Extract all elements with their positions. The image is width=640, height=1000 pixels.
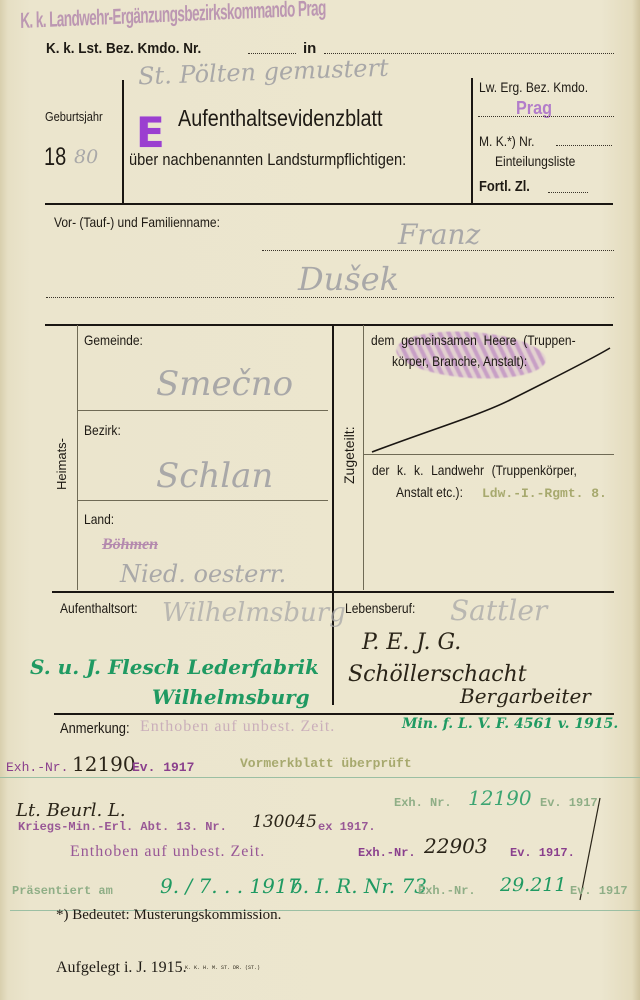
residence-bottom-rule (52, 591, 614, 593)
mk-field (556, 145, 612, 146)
mk-label: M. K.*) Nr. (479, 133, 535, 149)
beruf-ink-line-3: Bergarbeiter (460, 684, 591, 708)
praesentiert-unit: b. I. R. Nr. 73 (290, 874, 427, 898)
residence-top-rule (45, 324, 613, 326)
praesentiert-date: 9. / 7. . . 1917 (160, 874, 300, 898)
gemeinde-label: Gemeinde: (84, 332, 143, 348)
aufenthalt-green-line-1: S. u. J. Flesch Lederfabrik (30, 655, 319, 679)
beruf-ink-line-1: P. E. J. G. (362, 630, 461, 655)
exh-2-number: 12190 (468, 786, 532, 810)
praesentiert-prefix: Präsentiert am (12, 884, 113, 898)
zugeteilt-side-label: Zugeteilt: (341, 426, 357, 484)
aufenthalt-label: Aufenthaltsort: (60, 600, 138, 616)
fortl-label: Fortl. Zl. (479, 178, 530, 195)
bezirk-rule (78, 500, 328, 501)
command-in-label: in (303, 40, 316, 57)
green-separator-1 (0, 777, 640, 778)
land-value: Nied. oesterr. (120, 560, 286, 588)
exh-1-number: 12190 (72, 752, 136, 776)
first-name-field (262, 250, 614, 251)
landwehr-label-line-1: der k. k. Landwehr (Truppenkörper, (372, 462, 577, 478)
anmerkung-faint-stamp: Enthoben auf unbest. Zeit. (140, 718, 335, 736)
header-divider-left (122, 80, 124, 204)
exh-4-prefix: Exh.-Nr. (418, 884, 476, 898)
beruf-label: Lebensberuf: (345, 600, 415, 616)
lw-label: Lw. Erg. Bez. Kmdo. (479, 79, 588, 95)
heimat-inner-divider (77, 325, 78, 590)
handnote: Lt. Beurl. L. (16, 800, 126, 821)
kriegs-suffix: ex 1917. (318, 820, 376, 834)
heimat-side-label: Heimats- (54, 438, 69, 490)
heere-strike-line (360, 340, 620, 460)
command-number-field (248, 53, 296, 54)
landwehr-label-line-2: Anstalt etc.): (396, 484, 463, 500)
form-title: Aufenthaltsevidenzblatt (178, 105, 383, 132)
einteilung-label: Einteilungsliste (495, 153, 575, 169)
last-name-field (46, 297, 614, 298)
exh-1-prefix: Exh.-Nr. (6, 760, 68, 775)
gemeinde-rule (78, 410, 328, 411)
aufenthalt-pencil-value: Wilhelmsburg (162, 598, 346, 628)
last-name-value: Dušek (298, 260, 399, 298)
e-stamp: E (136, 115, 166, 151)
land-label: Land: (84, 511, 114, 527)
exh-4-ev: Ev. 1917 (570, 884, 628, 898)
beruf-pencil-value: Sattler (450, 594, 547, 627)
form-subtitle: über nachbenannten Landsturmpflichtigen: (129, 150, 406, 170)
header-bottom-rule (45, 203, 613, 205)
exh-3-number: 22903 (424, 834, 488, 858)
lw-field (478, 116, 614, 117)
land-struck-stamp: Böhmen (102, 536, 158, 554)
exh-3-prefix: Exh.-Nr. (358, 846, 416, 860)
footnote: *) Bedeutet: Musterungskommission. (56, 907, 281, 924)
bezirk-label: Bezirk: (84, 422, 121, 438)
kriegs-stamp-prefix: Kriegs-Min.-Erl. Abt. 13. Nr. (18, 820, 227, 834)
kriegs-number: 130045 (252, 812, 317, 832)
birth-year-handwritten: 80 (74, 146, 98, 168)
gemeinde-value: Smečno (156, 364, 293, 404)
vormerk-stamp: Vormerkblatt überprüft (240, 756, 412, 771)
bezirk-value: Schlan (156, 456, 273, 496)
first-name-value: Franz (398, 218, 480, 251)
printer-mark: K. K. H. M. ST. DR. (ST.) (185, 965, 260, 971)
enthoben-stamp: Enthoben auf unbest. Zeit. (70, 843, 265, 861)
birth-year-label: Geburtsjahr (45, 109, 103, 124)
anmerkung-green-note: Min. f. L. V. F. 4561 v. 1915. (402, 716, 618, 732)
command-line-label: K. k. Lst. Bez. Kmdo. Nr. (46, 40, 201, 57)
aufenthalt-green-line-2: Wilhelmsburg (152, 685, 310, 709)
name-label: Vor- (Tauf-) und Familienname: (54, 214, 220, 230)
exh-1-ev: Ev. 1917 (132, 760, 194, 775)
header-divider-right (471, 78, 473, 204)
birth-year-printed: 18 (44, 143, 66, 172)
fortl-field (548, 192, 588, 193)
anmerkung-top-rule (54, 713, 614, 715)
landwehr-stamp: Ldw.-I.-Rgmt. 8. (482, 486, 607, 501)
middle-divider (332, 325, 334, 705)
anmerkung-label: Anmerkung: (60, 720, 130, 737)
exh-4-number: 29.211 (500, 874, 566, 896)
exh-2-prefix: Exh. Nr. (394, 796, 452, 810)
aufgelegt-note: Aufgelegt i. J. 1915. (56, 959, 187, 977)
